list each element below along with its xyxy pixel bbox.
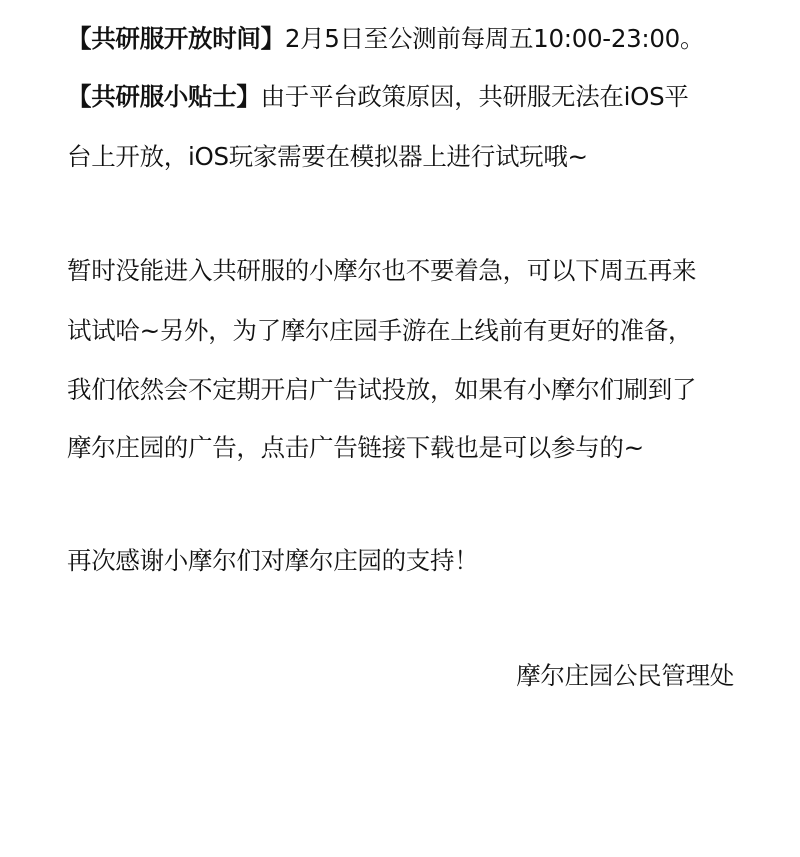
thanks-line: 再次感谢小摩尔们对摩尔庄园的支持！ [67,546,478,576]
tips-line-2: 台上开放，iOS玩家需要在模拟器上进行试玩哦~ [67,142,588,172]
open-time-text: 2月5日至公测前每周五10:00-23:00。 [285,24,704,53]
paragraph-line-4: 摩尔庄园的广告，点击广告链接下载也是可以参与的~ [67,433,644,463]
paragraph-line-1: 暂时没能进入共研服的小摩尔也不要着急，可以下周五再来 [67,256,696,286]
signature: 摩尔庄园公民管理处 [516,661,734,691]
paragraph-line-2: 试试哈~另外，为了摩尔庄园手游在上线前有更好的准备， [67,316,692,346]
paragraph-line-3: 我们依然会不定期开启广告试投放，如果有小摩尔们刷到了 [67,375,696,405]
open-time-label: 【共研服开放时间】 [67,24,285,53]
tips-line-1: 【共研服小贴士】由于平台政策原因，共研服无法在iOS平 [67,82,689,112]
tips-text-1: 由于平台政策原因，共研服无法在iOS平 [261,82,689,111]
open-time-line: 【共研服开放时间】2月5日至公测前每周五10:00-23:00。 [67,24,704,54]
tips-label: 【共研服小贴士】 [67,82,261,111]
